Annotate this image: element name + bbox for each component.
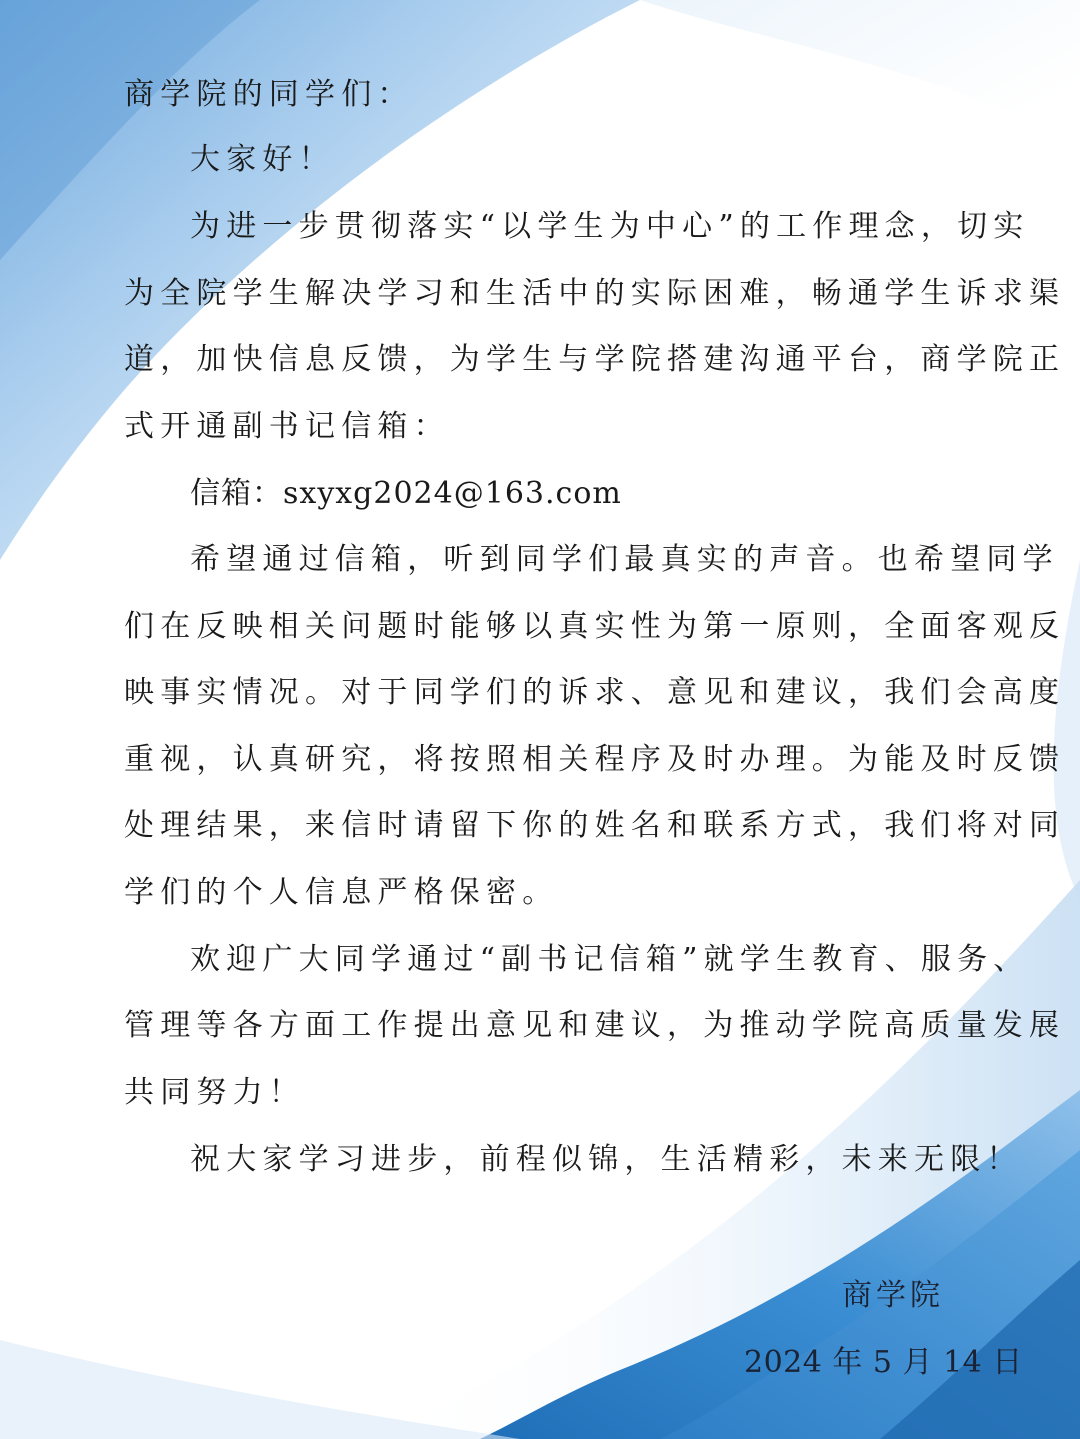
paragraph-line: 管理等各方面工作提出意见和建议，为推动学院高质量发展 (124, 1006, 1065, 1046)
greeting: 大家好！ (190, 140, 335, 180)
paragraph-line: 共同努力！ (124, 1073, 305, 1113)
paragraph-line: 为进一步贯彻落实“以学生为中心”的工作理念，切实 (190, 207, 1029, 247)
signature-organization: 商学院 (842, 1276, 944, 1316)
closing-wish: 祝大家学习进步，前程似锦，生活精彩，未来无限！ (190, 1140, 1023, 1180)
paragraph-line: 处理结果，来信时请留下你的姓名和联系方式，我们将对同 (124, 806, 1065, 846)
salutation: 商学院的同学们： (124, 75, 414, 115)
paragraph-line: 重视，认真研究，将按照相关程序及时办理。为能及时反馈 (124, 740, 1065, 780)
paragraph-line: 式开通副书记信箱： (124, 407, 450, 447)
paragraph-line: 们在反映相关问题时能够以真实性为第一原则，全面客观反 (124, 607, 1065, 647)
paragraph-line: 映事实情况。对于同学们的诉求、意见和建议，我们会高度 (124, 673, 1065, 713)
paragraph-line: 学们的个人信息严格保密。 (124, 873, 558, 913)
letter-content: 商学院的同学们： 大家好！ 为进一步贯彻落实“以学生为中心”的工作理念，切实 为… (0, 0, 1080, 1439)
paragraph-line: 希望通过信箱，听到同学们最真实的声音。也希望同学 (190, 540, 1059, 580)
paragraph-line: 道，加快信息反馈，为学生与学院搭建沟通平台，商学院正 (124, 340, 1065, 380)
paragraph-line: 欢迎广大同学通过“副书记信箱”就学生教育、服务、 (190, 940, 1029, 980)
signature-date: 2024 年 5 月 14 日 (744, 1343, 1023, 1383)
mailbox-email-line: 信箱：sxyxg2024@163.com (190, 474, 622, 514)
paragraph-line: 为全院学生解决学习和生活中的实际困难，畅通学生诉求渠 (124, 274, 1065, 314)
